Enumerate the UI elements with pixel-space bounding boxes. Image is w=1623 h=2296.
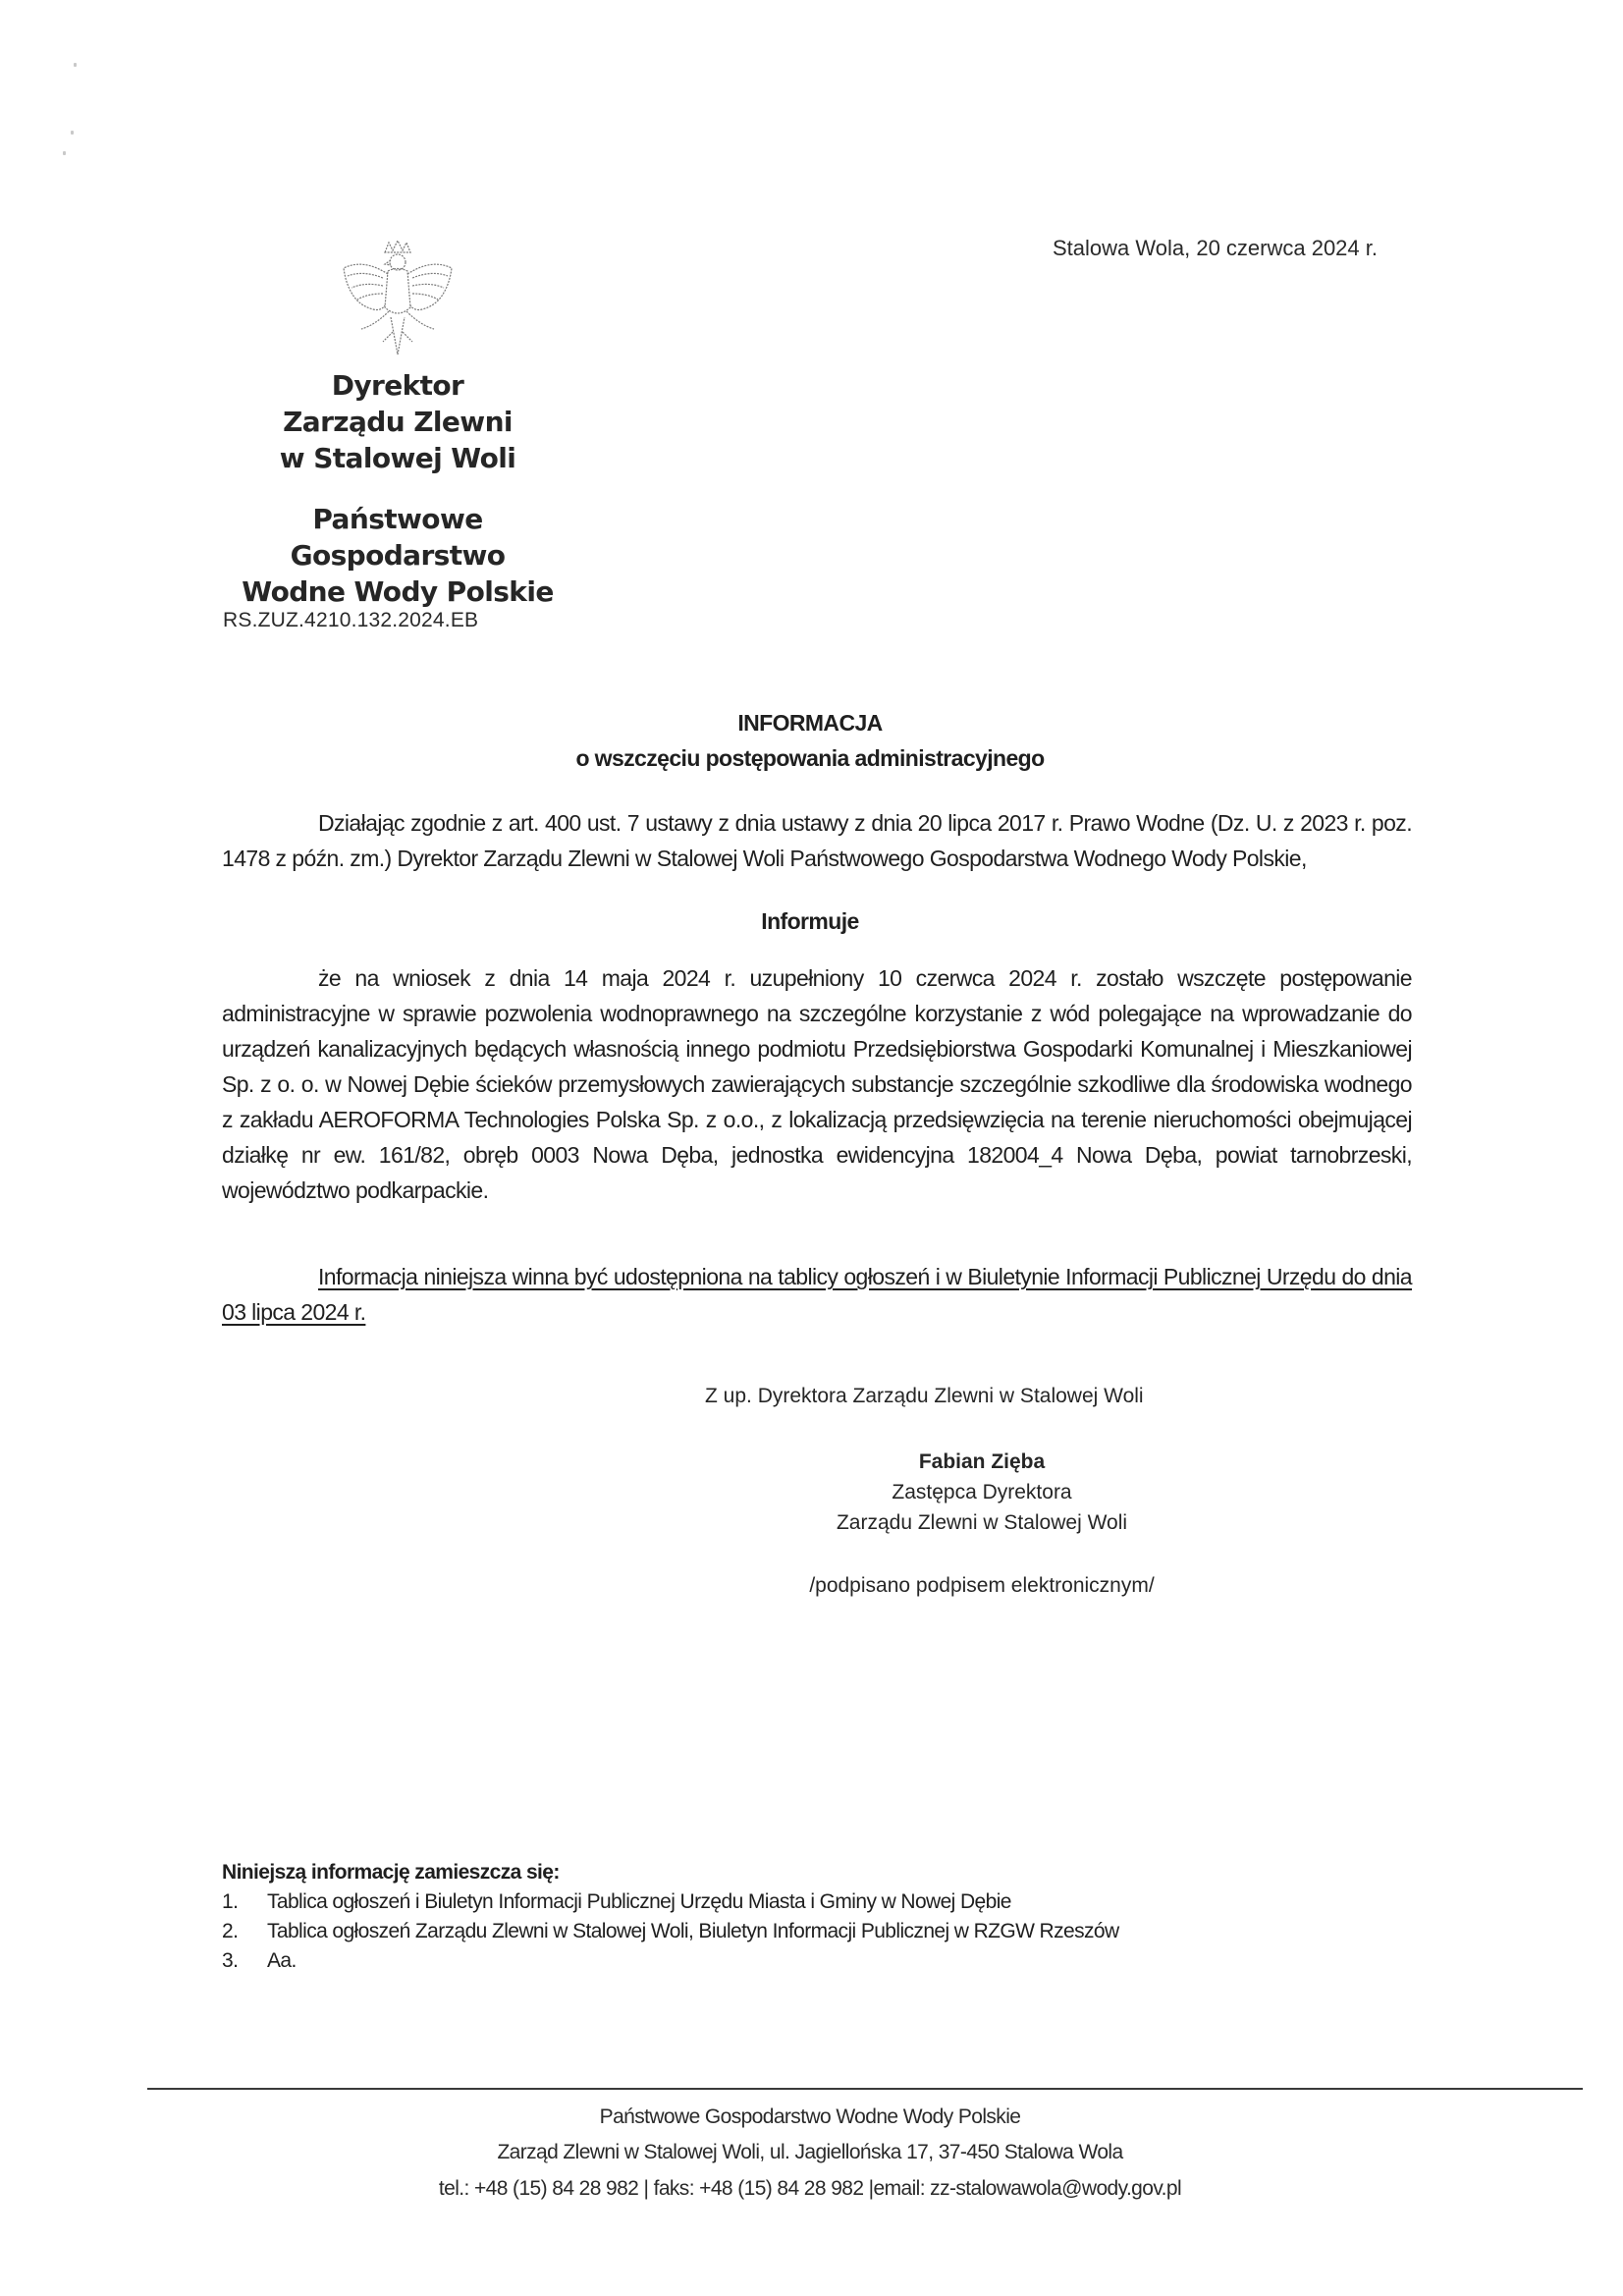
organization-line: Wodne Wody Polskie [206, 574, 589, 610]
title-main: INFORMACJA [196, 705, 1424, 740]
authority-line: Zarządu Zlewni [226, 404, 569, 440]
reference-number: RS.ZUZ.4210.132.2024.EB [223, 609, 478, 632]
distribution-title: Niniejszą informację zamieszcza się: [222, 1861, 1119, 1885]
electronic-signature-note: /podpisano podpisem elektronicznym/ [687, 1574, 1276, 1598]
document-title: INFORMACJA o wszczęciu postępowania admi… [196, 705, 1424, 776]
footer-organization: Państwowe Gospodarstwo Wodne Wody Polski… [196, 2105, 1424, 2129]
body-paragraph-2: że na wniosek z dnia 14 maja 2024 r. uzu… [222, 960, 1412, 1208]
list-item: 2. Tablica ogłoszeń Zarządu Zlewni w Sta… [222, 1917, 1119, 1946]
organization-line: Państwowe Gospodarstwo [206, 501, 589, 574]
document-page: Stalowa Wola, 20 czerwca 2024 r. [0, 0, 1623, 2296]
list-item: 3. Aa. [222, 1946, 1119, 1976]
signatory-position-unit: Zarządu Zlewni w Stalowej Woli [687, 1511, 1276, 1535]
organization-header: Państwowe Gospodarstwo Wodne Wody Polski… [206, 501, 589, 610]
authority-line: Dyrektor [226, 367, 569, 404]
signatory-position: Zastępca Dyrektora [687, 1481, 1276, 1504]
list-item: 1. Tablica ogłoszeń i Biuletyn Informacj… [222, 1887, 1119, 1917]
scan-artifact [71, 131, 74, 135]
body-paragraph-3: Informacja niniejsza winna być udostępni… [222, 1259, 1412, 1330]
body-paragraph-1: Działając zgodnie z art. 400 ust. 7 usta… [222, 805, 1412, 876]
authority-line: w Stalowej Woli [226, 440, 569, 476]
scan-artifact [74, 63, 77, 67]
title-subtitle: o wszczęciu postępowania administracyjne… [196, 740, 1424, 776]
scan-artifact [63, 151, 66, 155]
footer-address: Zarząd Zlewni w Stalowej Woli, ul. Jagie… [196, 2141, 1424, 2164]
informs-label: Informuje [196, 908, 1424, 935]
publication-notice: Informacja niniejsza winna być udostępni… [222, 1264, 1412, 1325]
distribution-list: Niniejszą informację zamieszcza się: 1. … [222, 1861, 1119, 1976]
place-date: Stalowa Wola, 20 czerwca 2024 r. [1053, 236, 1378, 261]
footer-divider [147, 2088, 1583, 2090]
footer-contact: tel.: +48 (15) 84 28 982 | faks: +48 (15… [196, 2177, 1424, 2201]
signature-on-behalf: Z up. Dyrektora Zarządu Zlewni w Stalowe… [705, 1385, 1294, 1408]
polish-eagle-icon [334, 239, 461, 361]
signatory-name: Fabian Zięba [687, 1450, 1276, 1474]
authority-header: Dyrektor Zarządu Zlewni w Stalowej Woli [226, 367, 569, 476]
